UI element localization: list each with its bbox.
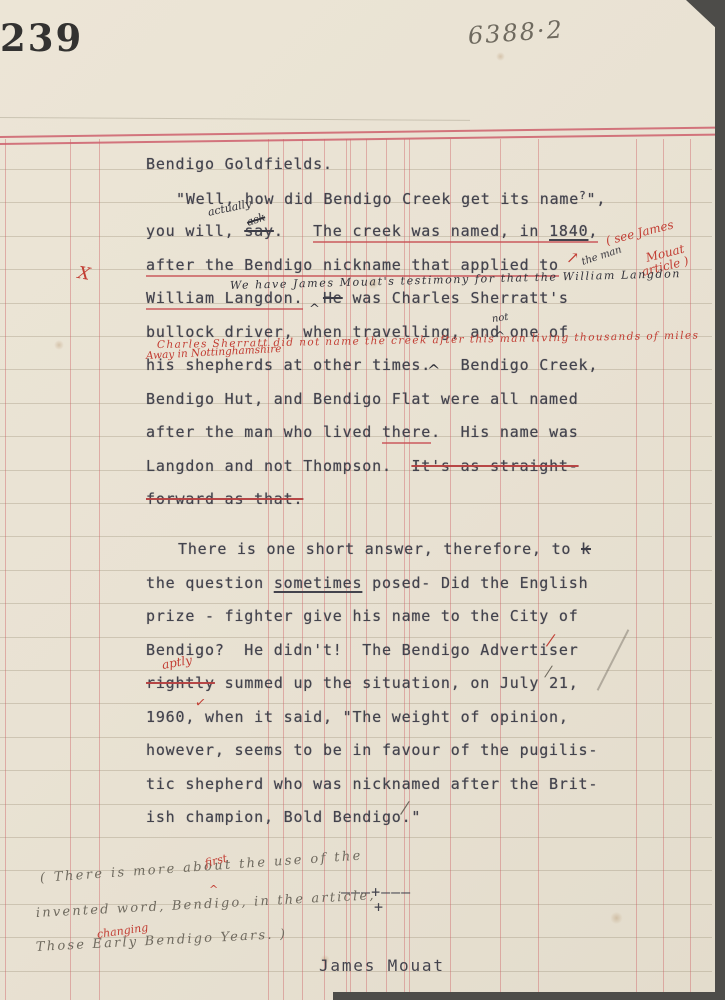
typed-line-9: after the man who lived there. His name … [146, 423, 579, 441]
text-segment: rightly [146, 674, 215, 692]
text-segment: Langdon and not Thompson. [146, 457, 411, 475]
ruling-horizontal-line [0, 737, 712, 738]
text-segment: ? [579, 189, 586, 202]
text-segment: , [588, 222, 598, 243]
typed-line-19: tic shepherd who was nicknamed after the… [146, 775, 598, 793]
text-segment: The creek was named, in [313, 222, 549, 243]
ruling-horizontal-line [0, 536, 712, 537]
typed-line-8: Bendigo Hut, and Bendigo Flat were all n… [146, 390, 579, 408]
text-segment: there [382, 423, 431, 444]
text-segment: forward as that. [146, 490, 303, 508]
ruling-horizontal-line [0, 603, 712, 604]
ruling-horizontal-line [0, 770, 712, 771]
text-segment: He [323, 289, 343, 307]
typed-line-14: prize - fighter give his name to the Cit… [146, 607, 579, 625]
margin-note-see-1: ( see James [604, 217, 675, 247]
typed-line-15: Bendigo? He didn't! The Bendigo Advertis… [146, 641, 579, 659]
typed-line-1: Bendigo Goldfields. [146, 155, 333, 173]
text-segment: his shepherds at other times. Bendigo Cr… [146, 356, 598, 374]
caret-first: ^ [209, 883, 218, 896]
text-segment: the question [146, 574, 274, 592]
ruling-horizontal-line [0, 637, 712, 638]
ruling-horizontal-line [0, 503, 712, 504]
scan-backing-bottom-edge [333, 992, 725, 1000]
text-segment: k [581, 540, 591, 558]
page-number-stamp: 239 [0, 16, 83, 60]
pencil-stroke [597, 629, 630, 690]
text-segment: you will, [146, 222, 244, 240]
scanned-manuscript-page: { "page": { "number": "239", "catalog_nu… [0, 0, 725, 1000]
text-segment: Bendigo Hut, and Bendigo Flat were all n… [146, 390, 579, 408]
text-segment: There is one short answer, therefore, to [178, 540, 581, 558]
typed-line-12: There is one short answer, therefore, to… [178, 540, 591, 558]
ruling-vertical-line [690, 139, 691, 1000]
text-segment: after the man who lived [146, 423, 382, 441]
foxing-spot [496, 52, 505, 61]
tick-1960: ✓ [194, 695, 207, 711]
sheet-top-edge [0, 117, 470, 121]
text-segment: 1840 [549, 222, 588, 243]
typed-line-10: Langdon and not Thompson. It's as straig… [146, 457, 579, 475]
text-segment: tic shepherd who was nicknamed after the… [146, 775, 598, 793]
foxing-spot [610, 912, 623, 924]
text-segment: It's as straight- [411, 457, 578, 475]
typed-line-17: 1960, when it said, "The weight of opini… [146, 708, 569, 726]
text-segment: William Langdon. [146, 289, 303, 310]
text-segment: sometimes [274, 574, 362, 592]
text-segment: 1960, when it said, "The weight of opini… [146, 708, 569, 726]
typed-line-7: his shepherds at other times. Bendigo Cr… [146, 356, 598, 374]
ruling-vertical-line [5, 139, 6, 1000]
note-line-1: ( There is more about the use of the [39, 848, 363, 886]
typed-line-18: however, seems to be in favour of the pu… [146, 741, 598, 759]
typed-line-3: you will, say. The creek was named, in 1… [146, 222, 598, 240]
text-segment: ish champion, Bold Bendigo." [146, 808, 421, 826]
text-segment: . [274, 222, 313, 240]
scan-backing-right-edge [715, 0, 725, 1000]
typed-line-5: William Langdon. He was Charles Sherratt… [146, 289, 569, 307]
text-segment: summed up the situation, on July 21, [215, 674, 579, 692]
text-segment: prize - fighter give his name to the Cit… [146, 607, 579, 625]
scan-backing-corner [686, 0, 718, 30]
text-segment: posed- Did the English [362, 574, 588, 592]
insert-not: not [491, 312, 509, 325]
text-segment: Bendigo? He didn't! The Bendigo Advertis… [146, 641, 579, 659]
caret-times: ^ [427, 361, 440, 380]
ruling-horizontal-line [0, 837, 712, 838]
arrow-up-right-icon: ↗ [566, 248, 579, 267]
text-segment: ", [587, 190, 607, 208]
ruling-horizontal-line [0, 804, 712, 805]
ruling-horizontal-line [0, 570, 712, 571]
author-signature: James Mouat [319, 956, 445, 975]
typed-line-20: ish champion, Bold Bendigo." [146, 808, 421, 826]
text-segment: . His name was [431, 423, 578, 441]
ruling-horizontal-line [0, 703, 712, 704]
ruling-horizontal-line [0, 169, 712, 170]
text-segment: was Charles Sherratt's [343, 289, 569, 307]
margin-x-mark: X [76, 263, 91, 285]
text-segment: however, seems to be in favour of the pu… [146, 741, 598, 759]
catalog-number: 6388·2 [467, 15, 565, 50]
typed-line-13: the question sometimes posed- Did the En… [146, 574, 588, 592]
typed-line-11: forward as that. [146, 490, 303, 508]
insert-the-man: the man [580, 244, 623, 267]
text-segment: Bendigo Goldfields. [146, 155, 333, 173]
caret-he: ^ [309, 302, 320, 317]
typed-line-16: rightly summed up the situation, on July… [146, 674, 579, 692]
note-line-3: Those Early Bendigo Years. ) [36, 927, 288, 955]
foxing-spot [54, 340, 64, 350]
